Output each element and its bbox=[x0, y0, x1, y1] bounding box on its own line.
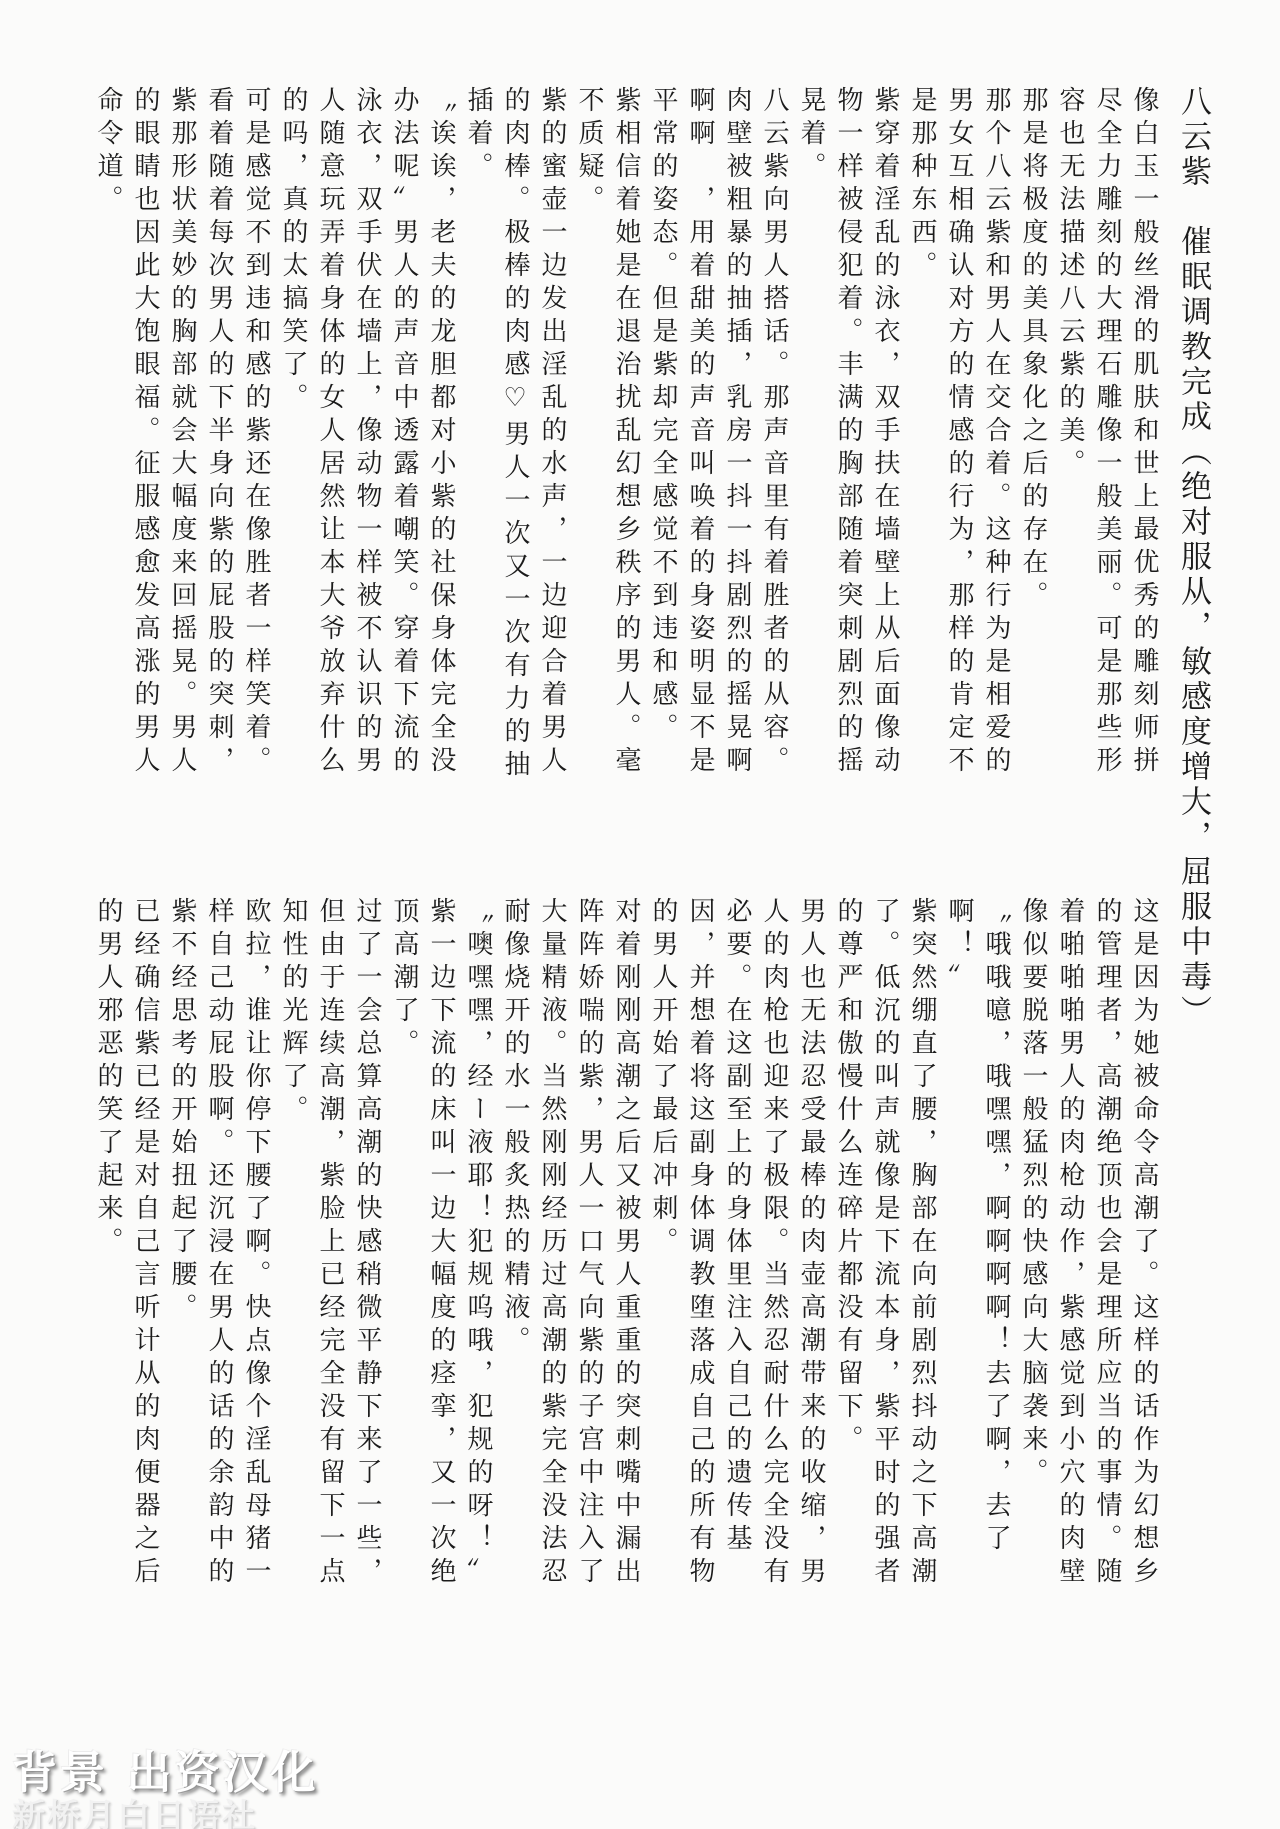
paragraph: 紫相信着她是在退治扰乱幻想乡秩序的男人。毫不质疑。 bbox=[570, 86, 644, 783]
paragraph: 肉壁被粗暴的抽插，乳房一抖一抖剧烈的摇晃啊 啊啊 ，用着甜美的声音叫唤着的身姿明… bbox=[644, 86, 755, 783]
paragraph: 对着刚刚高潮之后又被男人重重的突刺嘴中漏出阵阵娇喘的紫，男人一口气向紫的子宫中注… bbox=[496, 897, 644, 1594]
paragraph: 这是因为她被命令高潮了。这样的话作为幻想乡的管理者，高潮绝顶也会是理所应当的事情… bbox=[1014, 897, 1162, 1594]
paragraph: 过了一会总算高潮的快感稍微平静下来了一些，但由于连续高潮，紫脸上已经完全没有留下… bbox=[274, 897, 385, 1594]
paragraph: 像白玉一般丝滑的肌肤和世上最优秀的雕刻师拼尽全力雕刻的大理石雕像一般美丽。可是那… bbox=[1051, 86, 1162, 783]
paragraph: 紫突然绷直了腰，胸部在向前剧烈抖动之下高潮了。低沉的叫声就像是下流本身，紫平时的… bbox=[829, 897, 940, 1594]
paragraph: 可是感觉不到违和感的紫还在像胜者一样笑着。看着随着每次男人的下半身向紫的屁股的突… bbox=[89, 86, 274, 783]
bottom-text-block: 这是因为她被命令高潮了。这样的话作为幻想乡的管理者，高潮绝顶也会是理所应当的事情… bbox=[89, 897, 1162, 1594]
paragraph: 〝哦哦噫，哦嘿嘿，啊啊啊啊！去了啊，去了啊！〟 bbox=[940, 897, 1014, 1594]
paragraph: 那个八云紫和男人在交合着。这种行为是相爱的男女互相确认对方的情感的行为，那样的肯… bbox=[903, 86, 1014, 783]
translation-group-name: 新桥月白日语社 bbox=[12, 1790, 257, 1829]
top-text-block: 像白玉一般丝滑的肌肤和世上最优秀的雕刻师拼尽全力雕刻的大理石雕像一般美丽。可是那… bbox=[89, 86, 1162, 783]
paragraph: 那是将极度的美具象化之后的存在。 bbox=[1014, 86, 1051, 783]
paragraph: 紫的蜜壶一边发出淫乱的水声，一边迎合着男人的肉棒。极棒的肉感♡男人一次又一次有力… bbox=[459, 86, 570, 783]
paragraph: 欧拉，谁让你停下腰了啊。快点像个淫乱母猪一样自己动屁股啊。还沉浸在男人的话的余韵… bbox=[163, 897, 274, 1594]
paragraph: 紫一边下流的床叫一边大幅度的痉挛，又一次绝顶高潮了。 bbox=[385, 897, 459, 1594]
paragraph: 八云紫向男人搭话。那声音里有着胜者的从容。 bbox=[755, 86, 792, 783]
page-title: 八云紫 催眠调教完成（绝对服从，敏感度增大，屈服中毒） bbox=[1170, 85, 1216, 1095]
paragraph: 〝噢嘿嘿，经ー液耶！犯规呜哦，犯规的呀！〟 bbox=[459, 897, 496, 1594]
paragraph: 已经确信紫已经是对自己言听计从的肉便器之后的男人邪恶的笑了起来。 bbox=[89, 897, 163, 1594]
paragraph: 紫穿着淫乱的泳衣，双手扶在墙壁上从后面像动物一样被侵犯着。丰满的胸部随着突刺剧烈… bbox=[792, 86, 903, 783]
paragraph: 〝诶诶，老夫的龙胆都对小紫的社保身体完全没办法呢〟男人的声音中透露着嘲笑。穿着下… bbox=[274, 86, 459, 783]
paragraph: 男人也无法忍受最棒的肉壶高潮带来的收缩，男人的肉枪也迎来了极限。当然忍耐什么完全… bbox=[644, 897, 829, 1594]
